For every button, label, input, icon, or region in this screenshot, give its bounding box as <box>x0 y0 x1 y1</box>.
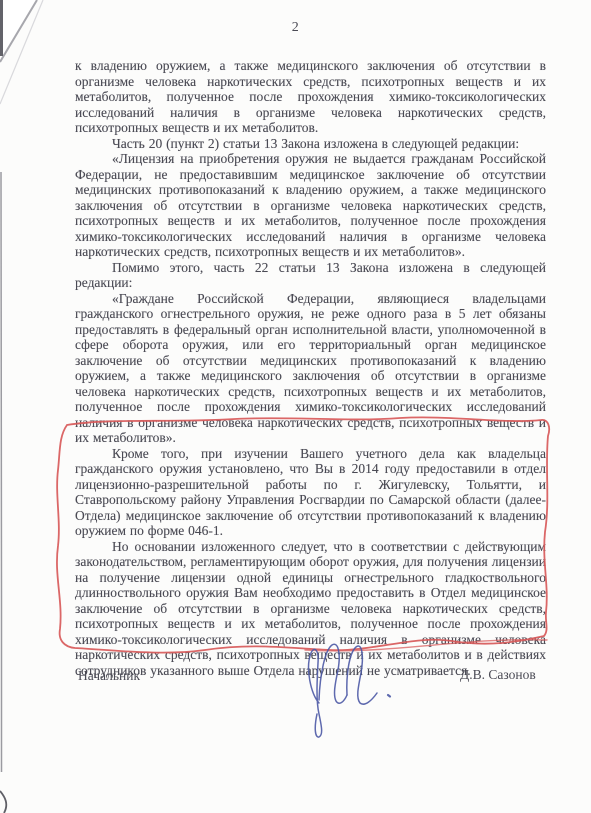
page-edge-line-artifact <box>0 0 6 813</box>
paragraph-part20-intro: Часть 20 (пункт 2) статьи 13 Закона изло… <box>75 136 546 152</box>
signer-name: Д.В. Сазонов <box>460 667 536 683</box>
document-page: 2 к владению оружием, а также медицинско… <box>0 0 591 813</box>
signer-title: Начальник <box>78 668 140 684</box>
paragraph-case-findings: Кроме того, при изучении Вашего учетного… <box>75 446 546 539</box>
page-number: 2 <box>0 20 591 36</box>
paragraph-conclusion: Но основании изложенного следует, что в … <box>75 539 546 679</box>
folded-corner-artifact <box>0 0 43 104</box>
paragraph-part22-quote: «Граждане Российской Федерации, являющие… <box>75 291 546 446</box>
document-body: к владению оружием, а также медицинского… <box>75 58 546 678</box>
paragraph-continuation: к владению оружием, а также медицинского… <box>75 58 546 136</box>
paragraph-part22-intro: Помимо этого, часть 22 статьи 13 Закона … <box>75 260 546 291</box>
paragraph-part20-quote: «Лицензия на приобретения оружия не выда… <box>75 151 546 260</box>
